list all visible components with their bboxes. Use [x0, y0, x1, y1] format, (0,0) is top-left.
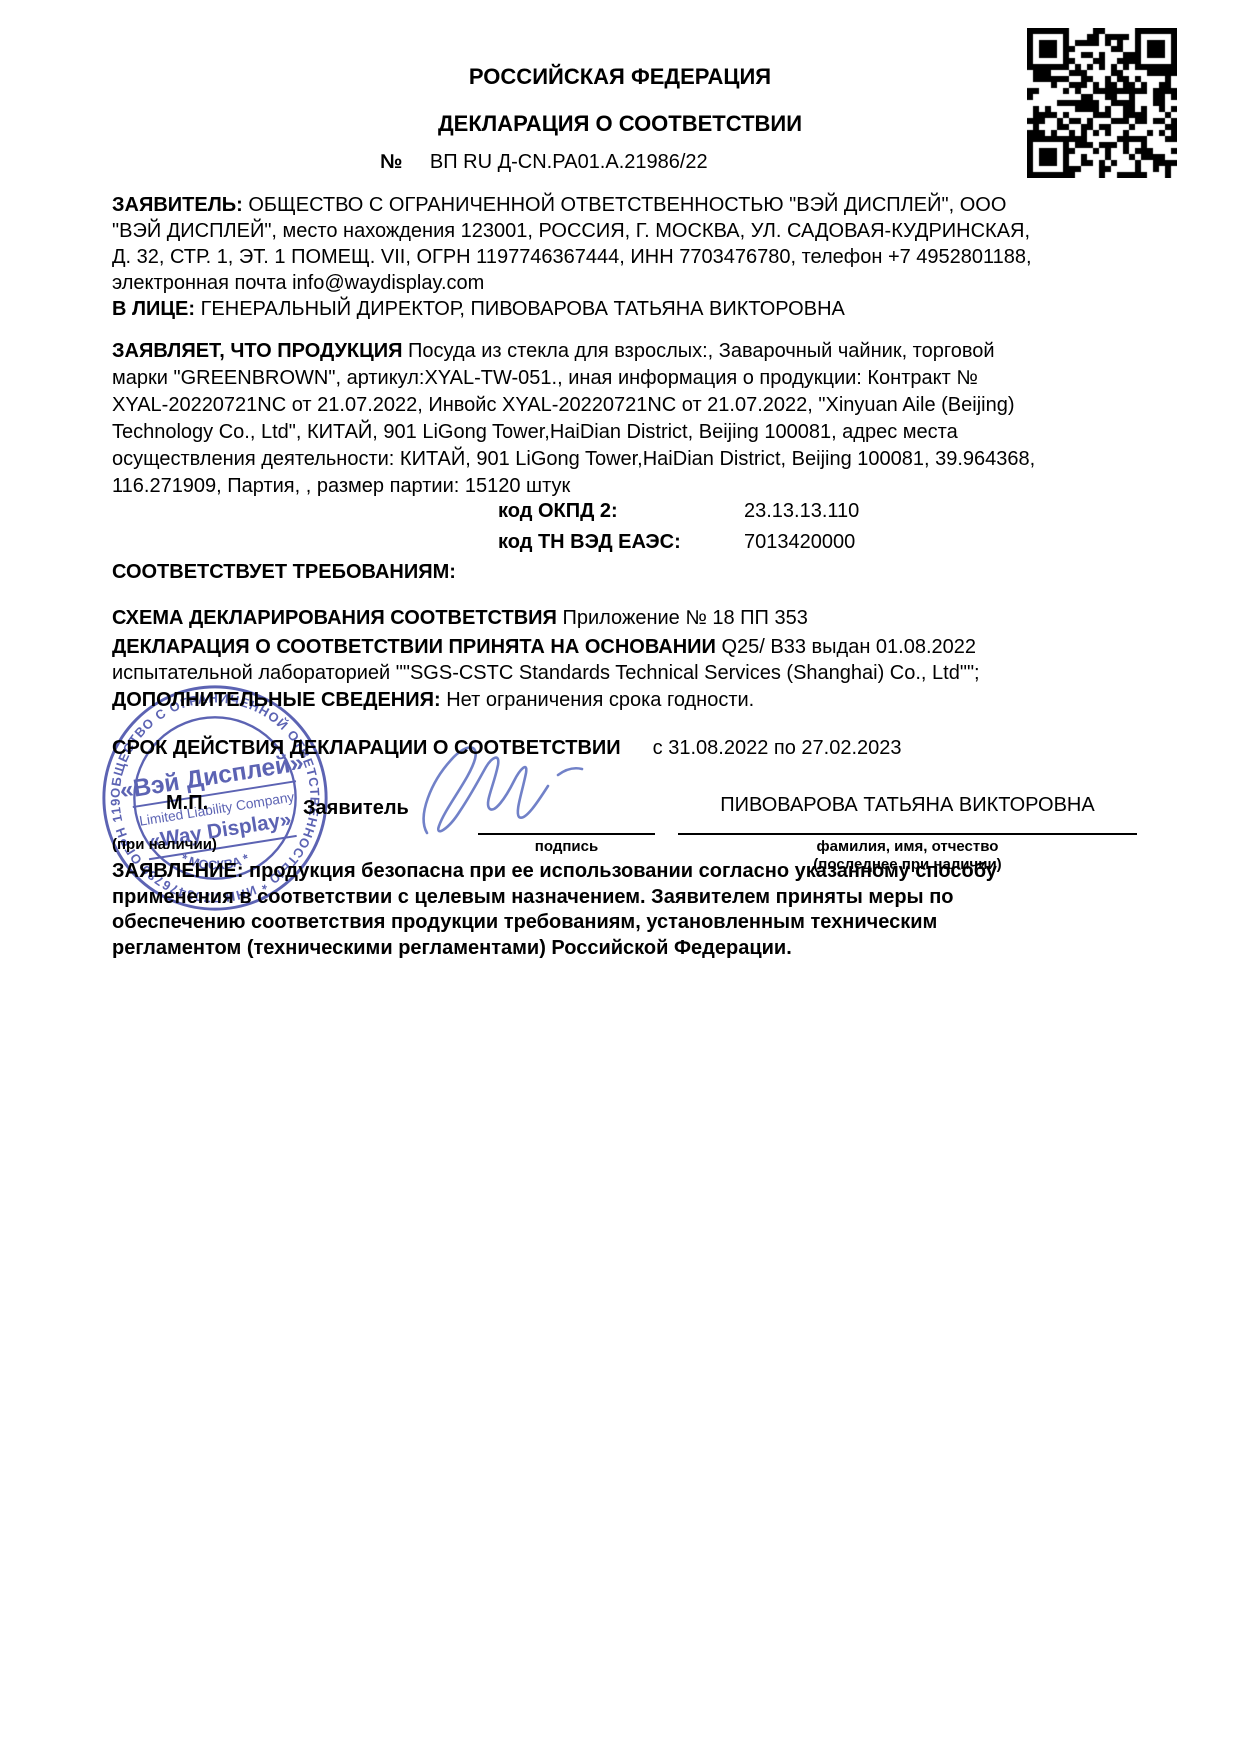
document-line: XYAL-20220721NC от 21.07.2022, Инвойс XY… — [112, 392, 1035, 419]
okpd-code-label: код ОКПД 2: — [498, 500, 618, 523]
handwritten-signature-icon — [415, 738, 595, 843]
signatory-name: ПИВОВАРОВА ТАТЬЯНА ВИКТОРОВНА — [678, 794, 1137, 817]
signature-underline — [478, 833, 655, 835]
product-paragraph: ЗАЯВЛЯЕТ, ЧТО ПРОДУКЦИЯ Посуда из стекла… — [112, 338, 1035, 500]
document-line: 116.271909, Партия, , размер партии: 151… — [112, 473, 1035, 500]
document-line: осуществления деятельности: КИТАЙ, 901 L… — [112, 446, 1035, 473]
qr-code-icon — [1027, 28, 1177, 178]
basis-row: ДЕКЛАРАЦИЯ О СООТВЕТСТВИИ ПРИНЯТА НА ОСН… — [112, 636, 976, 659]
conforms-requirements-heading: СООТВЕТСТВУЕТ ТРЕБОВАНИЯМ: — [112, 561, 456, 584]
okpd-code-value: 23.13.13.110 — [744, 500, 859, 523]
name-caption-1: фамилия, имя, отчество — [678, 838, 1137, 855]
signature-caption: подпись — [478, 838, 655, 855]
declaration-number-row: № ВП RU Д-CN.РА01.А.21986/22 — [380, 151, 708, 174]
scheme-row: СХЕМА ДЕКЛАРИРОВАНИЯ СООТВЕТСТВИЯ Прилож… — [112, 607, 808, 630]
document-line: регламентом (техническими регламентами) … — [112, 936, 997, 962]
validity-dates: с 31.08.2022 по 27.02.2023 — [653, 737, 902, 759]
tnved-code-value: 7013420000 — [744, 531, 855, 554]
declaration-document: РОССИЙСКАЯ ФЕДЕРАЦИЯ ДЕКЛАРАЦИЯ О СООТВЕ… — [0, 0, 1240, 1753]
declaration-number: ВП RU Д-CN.РА01.А.21986/22 — [430, 151, 708, 173]
document-line: электронная почта info@waydisplay.com — [112, 270, 1032, 296]
svg-text:* МОСКВА *: * МОСКВА * — [179, 851, 252, 873]
document-line: В ЛИЦЕ: ГЕНЕРАЛЬНЫЙ ДИРЕКТОР, ПИВОВАРОВА… — [112, 296, 1032, 322]
round-company-seal-icon: ОБЩЕСТВО С ОГРАНИЧЕННОЙ ОТВЕТСТВЕННОСТЬЮ… — [97, 680, 333, 916]
document-line: "ВЭЙ ДИСПЛЕЙ", место нахождения 123001, … — [112, 218, 1032, 244]
document-line: марки "GREENBROWN", артикул:XYAL-TW-051.… — [112, 365, 1035, 392]
name-underline — [678, 833, 1137, 835]
tnved-code-label: код ТН ВЭД ЕАЭС: — [498, 531, 681, 554]
stamp-bottom-text: * МОСКВА * — [179, 851, 252, 873]
document-line: Technology Co., Ltd", КИТАЙ, 901 LiGong … — [112, 419, 1035, 446]
document-line: ЗАЯВЛЯЕТ, ЧТО ПРОДУКЦИЯ Посуда из стекла… — [112, 338, 1035, 365]
document-line: ЗАЯВИТЕЛЬ: ОБЩЕСТВО С ОГРАНИЧЕННОЙ ОТВЕТ… — [112, 192, 1032, 218]
number-label: № — [380, 151, 402, 173]
applicant-paragraph: ЗАЯВИТЕЛЬ: ОБЩЕСТВО С ОГРАНИЧЕННОЙ ОТВЕТ… — [112, 192, 1032, 322]
document-line: Д. 32, СТР. 1, ЭТ. 1 ПОМЕЩ. VII, ОГРН 11… — [112, 244, 1032, 270]
